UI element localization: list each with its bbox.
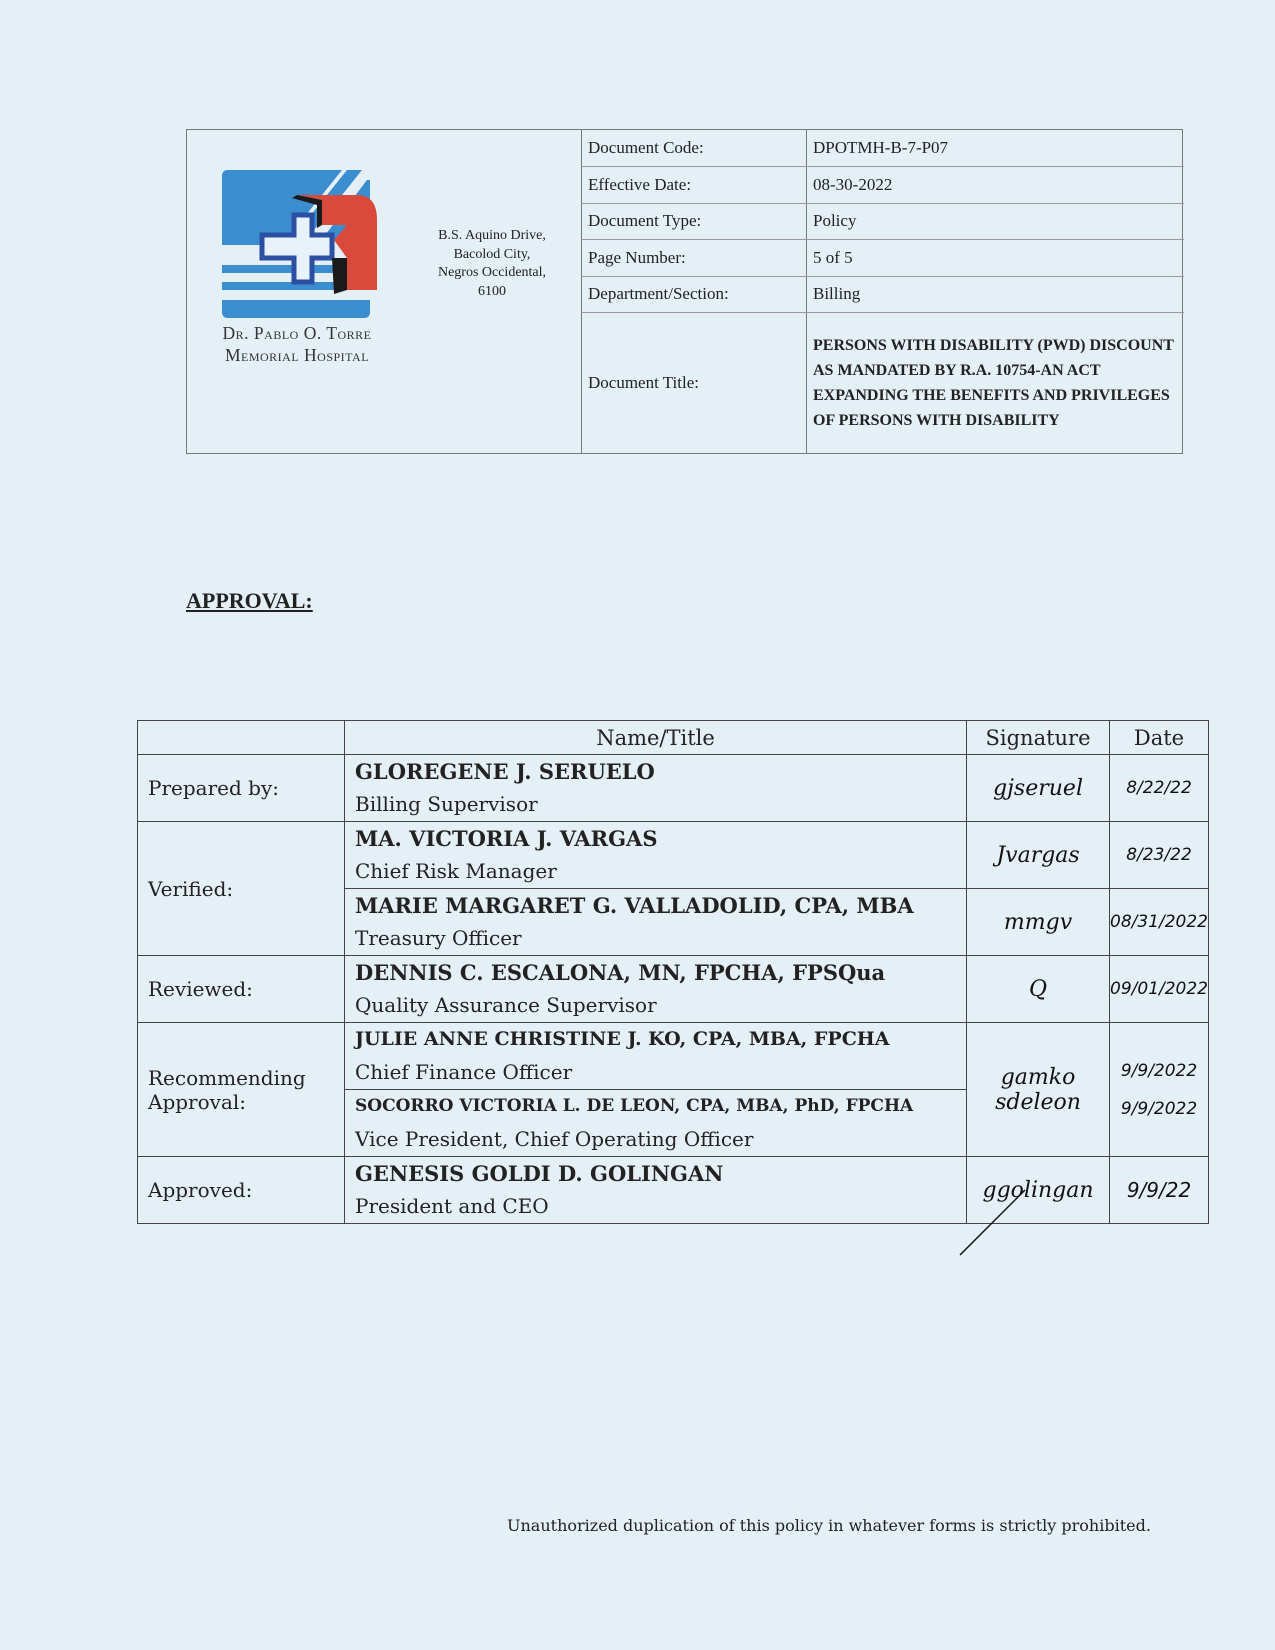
date-cell: 8/23/22 <box>1110 822 1209 889</box>
signed-date: 9/9/2022 <box>1110 1061 1208 1081</box>
person-name: GLOREGENE J. SERUELO <box>355 755 956 788</box>
address-line: Bacolod City, <box>407 246 577 265</box>
person-name: MA. VICTORIA J. VARGAS <box>355 822 956 855</box>
name-title-cell: DENNIS C. ESCALONA, MN, FPCHA, FPSQua Qu… <box>345 956 967 1023</box>
table-row: Verified: MA. VICTORIA J. VARGAS Chief R… <box>138 822 1209 889</box>
person-title: Chief Risk Manager <box>355 855 956 888</box>
meta-row-department: Department/Section: Billing <box>582 276 1185 313</box>
hospital-logo-icon <box>222 170 382 320</box>
name-title-cell: MARIE MARGARET G. VALLADOLID, CPA, MBA T… <box>345 889 967 956</box>
signature-cell: mmgv <box>967 889 1110 956</box>
person-name: SOCORRO VICTORIA L. DE LEON, CPA, MBA, P… <box>355 1090 956 1123</box>
signature: mmgv <box>967 910 1109 935</box>
name-title-cell: GLOREGENE J. SERUELO Billing Supervisor <box>345 755 967 822</box>
column-header-role <box>138 721 345 755</box>
hospital-name-line2: Memorial Hospital <box>197 344 397 366</box>
meta-value: 08-30-2022 <box>807 167 1185 204</box>
meta-value: Policy <box>807 203 1185 240</box>
address-line: B.S. Aquino Drive, <box>407 227 577 246</box>
person-name: JULIE ANNE CHRISTINE J. KO, CPA, MBA, FP… <box>355 1023 956 1056</box>
name-title-cell: GENESIS GOLDI D. GOLINGAN President and … <box>345 1157 967 1224</box>
signed-date: 09/01/2022 <box>1110 979 1208 999</box>
date-cell: 09/01/2022 <box>1110 956 1209 1023</box>
signature: ggolingan <box>967 1178 1109 1203</box>
person-title: Vice President, Chief Operating Officer <box>355 1123 956 1156</box>
column-header-signature: Signature <box>967 721 1110 755</box>
meta-label: Document Code: <box>582 130 807 167</box>
approval-header-row: Name/Title Signature Date <box>138 721 1209 755</box>
meta-row-document-type: Document Type: Policy <box>582 203 1185 240</box>
person-title: Billing Supervisor <box>355 788 956 821</box>
person-title: President and CEO <box>355 1190 956 1223</box>
approval-heading: APPROVAL: <box>186 588 313 614</box>
person-name: GENESIS GOLDI D. GOLINGAN <box>355 1157 956 1190</box>
name-title-cell: MA. VICTORIA J. VARGAS Chief Risk Manage… <box>345 822 967 889</box>
footer-disclaimer: Unauthorized duplication of this policy … <box>507 1516 1151 1535</box>
signature-cell: Q <box>967 956 1110 1023</box>
meta-value: 5 of 5 <box>807 240 1185 277</box>
table-row: Prepared by: GLOREGENE J. SERUELO Billin… <box>138 755 1209 822</box>
signature: Jvargas <box>967 843 1109 868</box>
address-line: 6100 <box>407 283 577 302</box>
date-cell: 08/31/2022 <box>1110 889 1209 956</box>
meta-label: Department/Section: <box>582 276 807 313</box>
date-cell: 9/9/2022 9/9/2022 <box>1110 1023 1209 1157</box>
name-title-cell: JULIE ANNE CHRISTINE J. KO, CPA, MBA, FP… <box>345 1023 967 1090</box>
meta-label: Document Title: <box>582 313 807 454</box>
signature: sdeleon <box>967 1090 1109 1115</box>
document-header: Dr. Pablo O. Torre Memorial Hospital B.S… <box>186 129 1183 454</box>
signature: Q <box>967 977 1109 1002</box>
meta-row-effective-date: Effective Date: 08-30-2022 <box>582 167 1185 204</box>
role-label: Prepared by: <box>138 755 345 822</box>
signed-date: 9/9/2022 <box>1110 1099 1208 1119</box>
meta-row-document-title: Document Title: PERSONS WITH DISABILITY … <box>582 313 1185 454</box>
column-header-date: Date <box>1110 721 1209 755</box>
table-row: Approved: GENESIS GOLDI D. GOLINGAN Pres… <box>138 1157 1209 1224</box>
meta-label: Document Type: <box>582 203 807 240</box>
signature-cell: ggolingan <box>967 1157 1110 1224</box>
person-name: MARIE MARGARET G. VALLADOLID, CPA, MBA <box>355 889 956 922</box>
role-label: Reviewed: <box>138 956 345 1023</box>
signature: gamko <box>967 1065 1109 1090</box>
meta-row-page-number: Page Number: 5 of 5 <box>582 240 1185 277</box>
signature-cell: gjseruel <box>967 755 1110 822</box>
signed-date: 08/31/2022 <box>1110 912 1208 932</box>
meta-label: Page Number: <box>582 240 807 277</box>
signed-date: 8/23/22 <box>1110 845 1208 865</box>
date-cell: 9/9/22 <box>1110 1157 1209 1224</box>
table-row: Reviewed: DENNIS C. ESCALONA, MN, FPCHA,… <box>138 956 1209 1023</box>
column-header-name-title: Name/Title <box>345 721 967 755</box>
table-row: Recommending Approval: JULIE ANNE CHRIST… <box>138 1023 1209 1090</box>
hospital-name-line1: Dr. Pablo O. Torre <box>197 322 397 344</box>
hospital-name: Dr. Pablo O. Torre Memorial Hospital <box>197 322 397 366</box>
signed-date: 9/9/22 <box>1110 1178 1208 1202</box>
signature: gjseruel <box>967 776 1109 801</box>
date-cell: 8/22/22 <box>1110 755 1209 822</box>
hospital-branding: Dr. Pablo O. Torre Memorial Hospital B.S… <box>187 130 581 453</box>
meta-row-document-code: Document Code: DPOTMH-B-7-P07 <box>582 130 1185 167</box>
approval-table: Name/Title Signature Date Prepared by: G… <box>137 720 1209 1224</box>
meta-value: DPOTMH-B-7-P07 <box>807 130 1185 167</box>
person-title: Quality Assurance Supervisor <box>355 989 956 1022</box>
document-title: PERSONS WITH DISABILITY (PWD) DISCOUNT A… <box>807 313 1185 454</box>
person-name: DENNIS C. ESCALONA, MN, FPCHA, FPSQua <box>355 956 956 989</box>
meta-value: Billing <box>807 276 1185 313</box>
meta-label: Effective Date: <box>582 167 807 204</box>
document-meta-table: Document Code: DPOTMH-B-7-P07 Effective … <box>581 130 1184 453</box>
person-title: Chief Finance Officer <box>355 1056 956 1089</box>
signature-cell: gamko sdeleon <box>967 1023 1110 1157</box>
signature-cell: Jvargas <box>967 822 1110 889</box>
role-label: Recommending Approval: <box>138 1023 345 1157</box>
signed-date: 8/22/22 <box>1110 778 1208 798</box>
person-title: Treasury Officer <box>355 922 956 955</box>
role-label: Verified: <box>138 822 345 956</box>
address-line: Negros Occidental, <box>407 264 577 283</box>
hospital-address: B.S. Aquino Drive, Bacolod City, Negros … <box>407 227 577 301</box>
name-title-cell: SOCORRO VICTORIA L. DE LEON, CPA, MBA, P… <box>345 1090 967 1157</box>
role-label: Approved: <box>138 1157 345 1224</box>
